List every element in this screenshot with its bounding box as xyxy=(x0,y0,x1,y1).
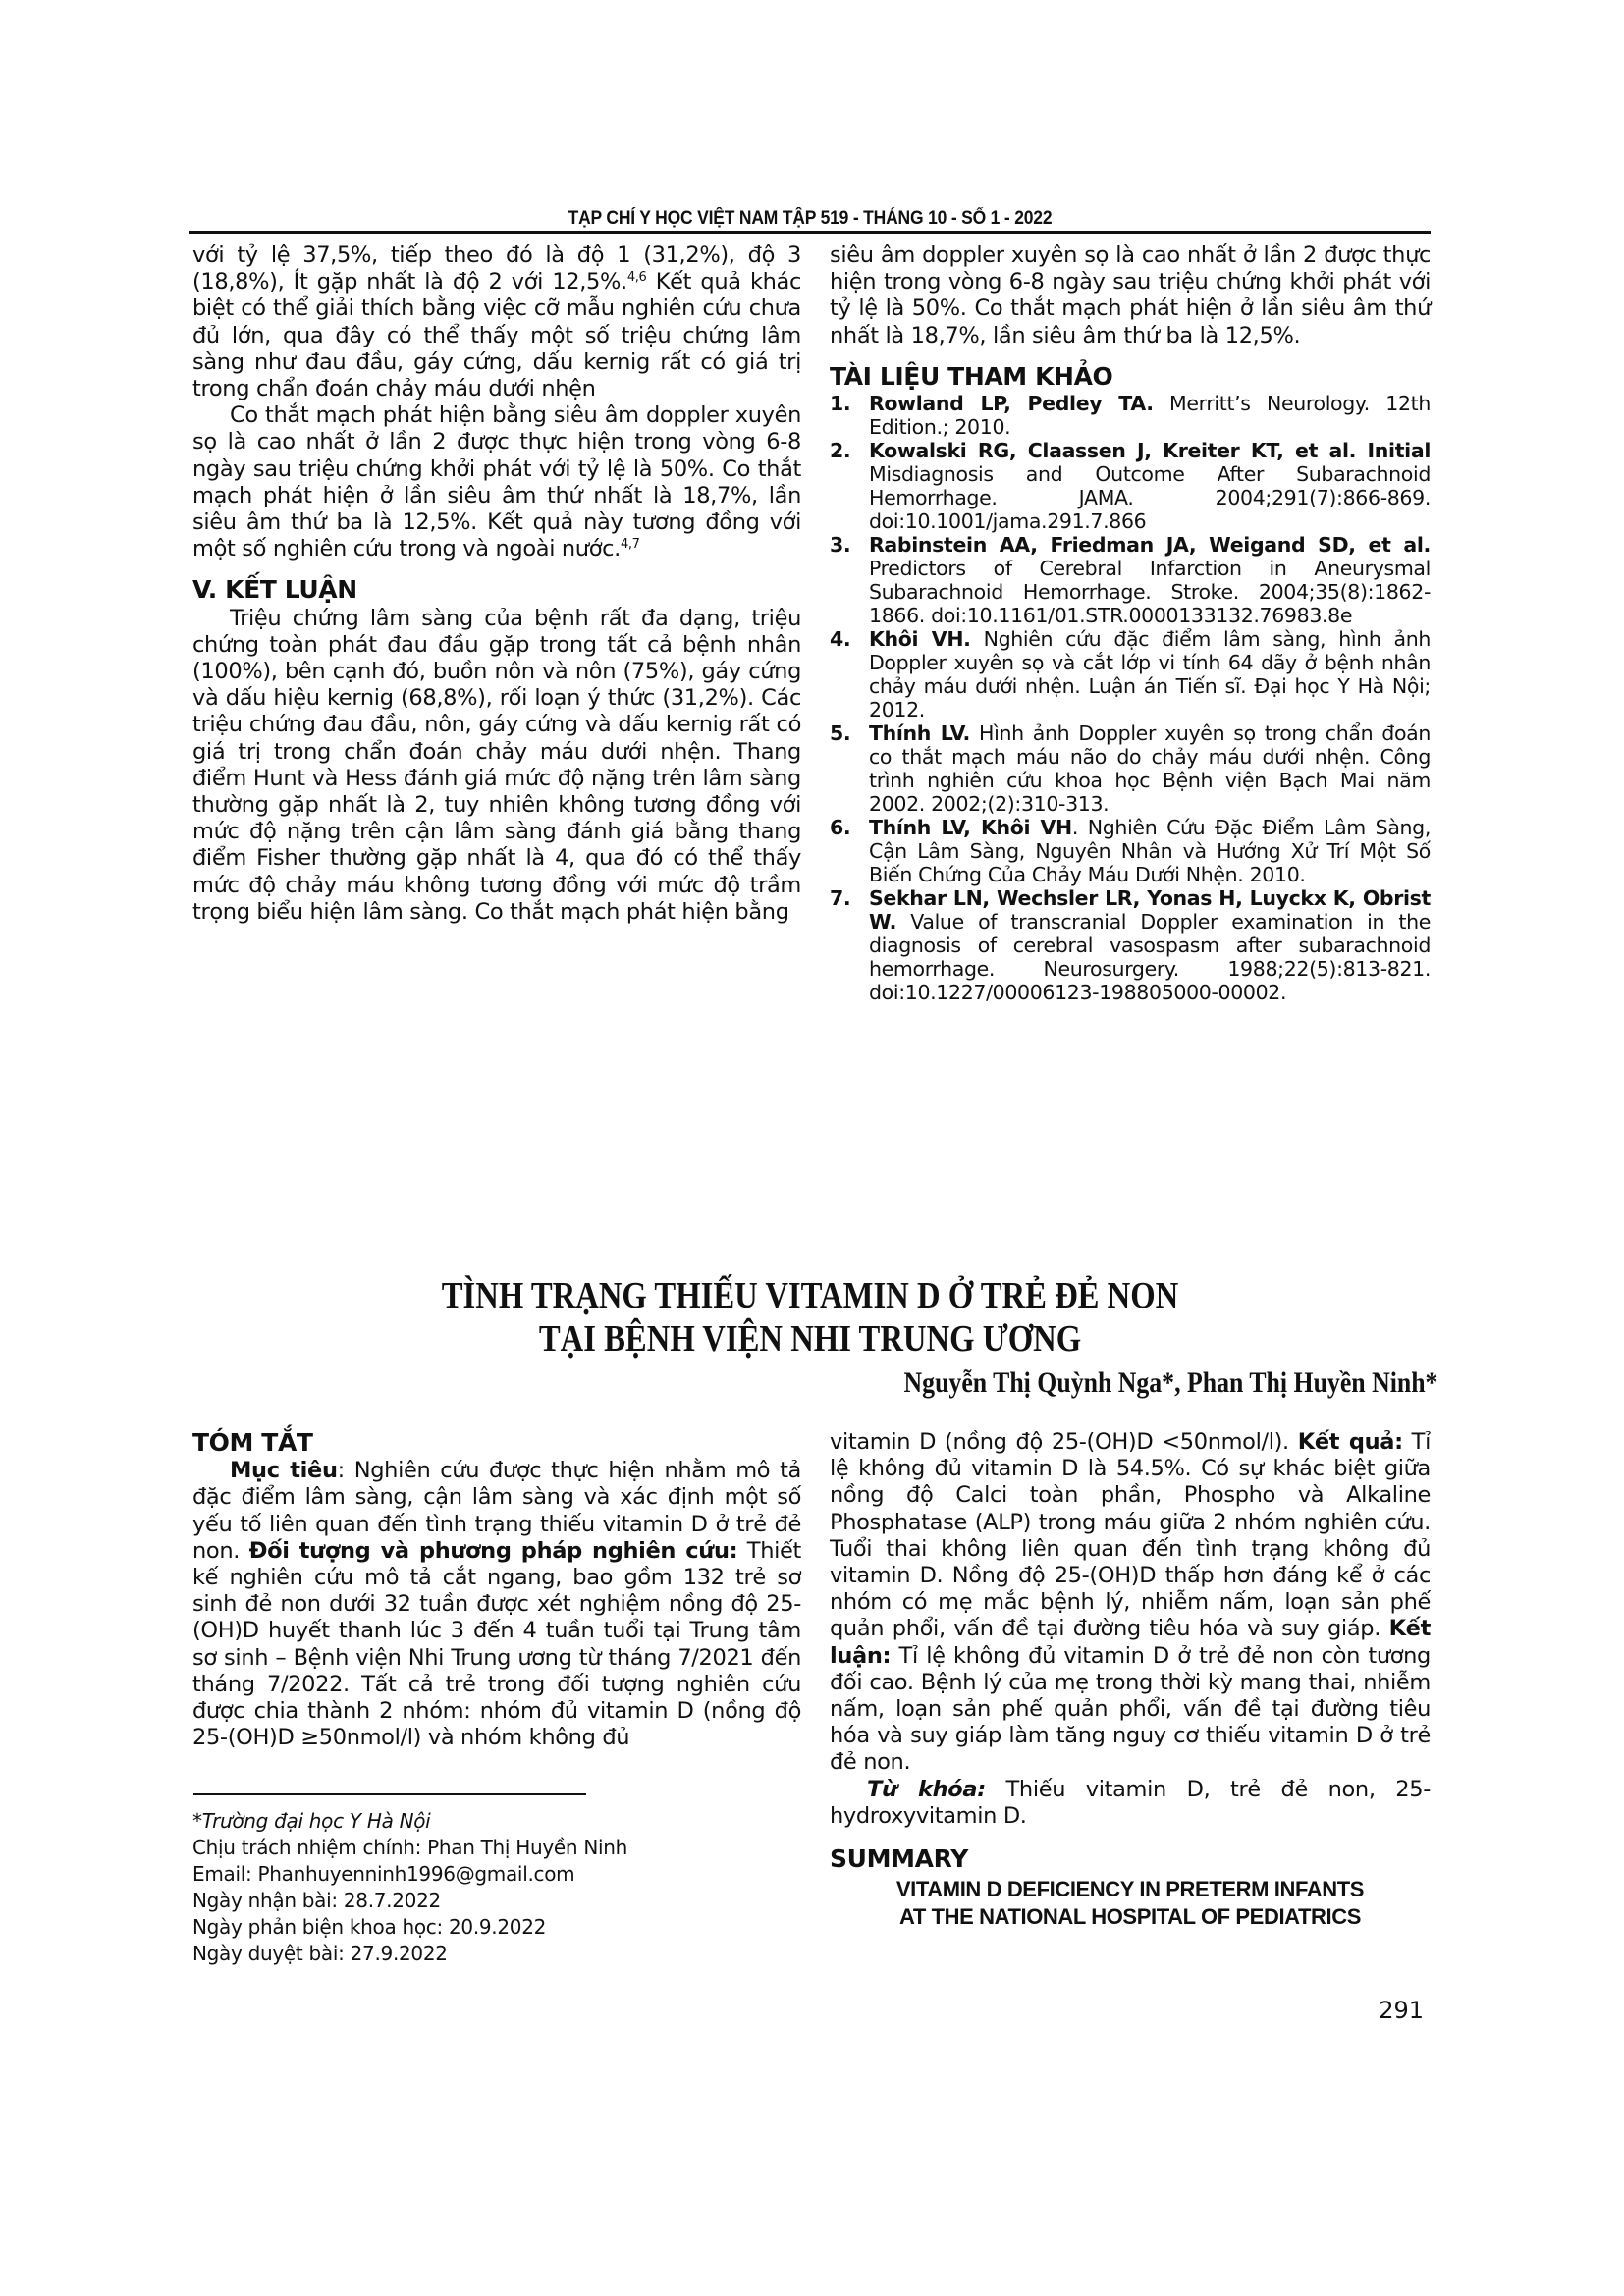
abstract-left-column: TÓM TẮT Mục tiêu: Nghiên cứu được thực h… xyxy=(192,1429,801,1751)
reference-item: 3.Rabinstein AA, Friedman JA, Weigand SD… xyxy=(830,533,1431,627)
reference-item: 6.Thính LV, Khôi VH. Nghiên Cứu Đặc Điểm… xyxy=(830,816,1431,886)
affiliation: *Trường đại học Y Hà Nội xyxy=(192,1808,627,1835)
page-number: 291 xyxy=(1379,1997,1424,2024)
date-reviewed: Ngày phản biện khoa học: 20.9.2022 xyxy=(192,1914,627,1941)
reference-item: 2.Kowalski RG, Claassen J, Kreiter KT, e… xyxy=(830,439,1431,533)
reference-item: 5.Thính LV. Hình ảnh Doppler xuyên sọ tr… xyxy=(830,721,1431,816)
abstract-continuation: vitamin D (nồng độ 25-(OH)D <50nmol/l). … xyxy=(830,1429,1431,1777)
footnote: *Trường đại học Y Hà Nội Chịu trách nhiệ… xyxy=(192,1808,627,1967)
abstract-right-column: vitamin D (nồng độ 25-(OH)D <50nmol/l). … xyxy=(830,1429,1431,1931)
prev-article-right-column: siêu âm doppler xuyên sọ là cao nhất ở l… xyxy=(830,242,1431,1004)
abstract-heading: TÓM TẮT xyxy=(192,1429,801,1456)
keywords: Từ khóa: Thiếu vitamin D, trẻ đẻ non, 25… xyxy=(830,1777,1431,1830)
references-heading: TÀI LIỆU THAM KHẢO xyxy=(830,363,1431,390)
conclusion-paragraph: Triệu chứng lâm sàng của bệnh rất đa dạn… xyxy=(192,606,801,926)
header-rule xyxy=(189,231,1431,234)
reference-item: 4.Khôi VH. Nghiên cứu đặc điểm lâm sàng,… xyxy=(830,627,1431,721)
article-authors: Nguyễn Thị Quỳnh Nga*, Phan Thị Huyền Ni… xyxy=(903,1366,1437,1400)
abstract-paragraph: Mục tiêu: Nghiên cứu được thực hiện nhằm… xyxy=(192,1458,801,1751)
corresponding-author: Chịu trách nhiệm chính: Phan Thị Huyền N… xyxy=(192,1835,627,1861)
journal-page: TẠP CHÍ Y HỌC VIỆT NAM TẬP 519 - THÁNG 1… xyxy=(0,0,1624,2296)
conclusion-continuation: siêu âm doppler xuyên sọ là cao nhất ở l… xyxy=(830,242,1431,349)
date-received: Ngày nhận bài: 28.7.2022 xyxy=(192,1888,627,1914)
english-title: VITAMIN D DEFICIENCY IN PRETERM INFANTS … xyxy=(830,1876,1431,1931)
email: Email: Phanhuyenninh1996@gmail.com xyxy=(192,1861,627,1888)
summary-heading: SUMMARY xyxy=(830,1845,1431,1872)
article-title: TÌNH TRẠNG THIẾU VITAMIN D Ở TRẺ ĐẺ NON … xyxy=(276,1274,1343,1361)
footnote-rule xyxy=(193,1793,586,1795)
reference-item: 7.Sekhar LN, Wechsler LR, Yonas H, Luyck… xyxy=(830,886,1431,1004)
section-heading-conclusion: V. KẾT LUẬN xyxy=(192,576,801,603)
prev-article-left-column: với tỷ lệ 37,5%, tiếp theo đó là độ 1 (3… xyxy=(192,242,801,926)
reference-item: 1.Rowland LP, Pedley TA. Merritt’s Neuro… xyxy=(830,392,1431,439)
discussion-paragraph-1: với tỷ lệ 37,5%, tiếp theo đó là độ 1 (3… xyxy=(192,242,801,402)
article-title-line-2: TẠI BỆNH VIỆN NHI TRUNG ƯƠNG xyxy=(276,1317,1343,1361)
reference-list: 1.Rowland LP, Pedley TA. Merritt’s Neuro… xyxy=(830,392,1431,1004)
running-head: TẠP CHÍ Y HỌC VIỆT NAM TẬP 519 - THÁNG 1… xyxy=(240,208,1381,230)
date-accepted: Ngày duyệt bài: 27.9.2022 xyxy=(192,1941,627,1967)
discussion-paragraph-2: Co thắt mạch phát hiện bằng siêu âm dopp… xyxy=(192,402,801,562)
article-title-line-1: TÌNH TRẠNG THIẾU VITAMIN D Ở TRẺ ĐẺ NON xyxy=(276,1274,1343,1317)
